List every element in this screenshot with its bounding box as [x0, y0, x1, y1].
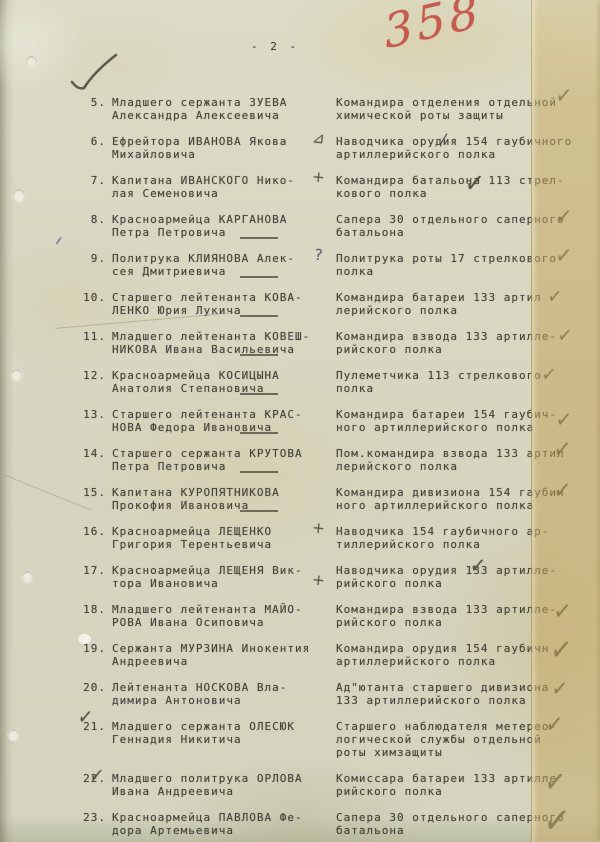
list-item: 19.Сержанта МУРЗИНА ИнокентияАндреевичаК… — [76, 642, 600, 668]
pencil-check-icon: ✓ — [540, 364, 557, 386]
punch-hole — [11, 369, 22, 381]
pencil-check-icon: ✓ — [549, 634, 575, 667]
list-item: 15.Капитана КУРОПЯТНИКОВАПрокофия Иванов… — [76, 486, 600, 512]
entry-name-line: Григория Терентьевича — [112, 538, 336, 551]
paper-defect — [78, 634, 91, 644]
entry-number: 23. — [76, 811, 106, 824]
entry-name-line: лая Семеновича — [112, 187, 336, 200]
entry-name-line: Капитана КУРОПЯТНИКОВА — [112, 486, 336, 499]
list-item: 9.Политрука КЛИЯНОВА Алек-сея Дмитриевич… — [76, 252, 600, 278]
entry-number: 10. — [76, 291, 106, 304]
entry-name: Красноармейца КАРГАНОВАПетра Петровича — [112, 213, 336, 239]
entry-position-line: Наводчика орудия 154 гаубичного — [336, 135, 600, 148]
entry-number: 15. — [76, 486, 106, 499]
entry-position: Пулеметчика 113 стрелковогополка — [336, 369, 600, 395]
entry-position-line: рийского полка — [336, 577, 600, 590]
pencil-check-icon: ✓ — [556, 325, 573, 347]
entry-position-line: роты химзащиты — [336, 746, 600, 759]
entry-name-line: Александра Алексеевича — [112, 109, 336, 122]
entry-name-line: Политрука КЛИЯНОВА Алек- — [112, 252, 336, 265]
entry-name: Красноармейца ПАВЛОВА Фе-дора Артемьевич… — [112, 811, 336, 837]
entry-name-line: Сержанта МУРЗИНА Инокентия — [112, 642, 336, 655]
punch-hole — [8, 729, 19, 741]
pencil-check-icon: ✓ — [76, 707, 94, 730]
list-item: 17.Красноармейца ЛЕЩЕНЯ Вик-тора Иванови… — [76, 564, 600, 590]
pencil-check-icon: ✓ — [554, 206, 573, 231]
entry-number: 6. — [76, 135, 106, 148]
entry-number: 16. — [76, 525, 106, 538]
list-item: 13.Старшего лейтенанта КРАС-НОВА Федора … — [76, 408, 600, 434]
pencil-check-icon: ✓ — [543, 766, 569, 799]
entry-name: Старшего сержанта КРУТОВАПетра Петровича — [112, 447, 336, 473]
entry-name-line: Красноармейца ЛЕЩЕНКО — [112, 525, 336, 538]
entry-name: Младшего лейтенанта МАЙО-РОВА Ивана Осип… — [112, 603, 336, 629]
entry-position-line: артиллерийского полка — [336, 148, 600, 161]
entry-name-line: Младшего политрука ОРЛОВА — [112, 772, 336, 785]
pencil-check-icon: ✓ — [468, 555, 487, 580]
entry-name: Младшего сержанта ОЛЕСЮКГеннадия Никитич… — [112, 720, 336, 746]
pencil-check-icon: ✓ — [550, 678, 569, 703]
entry-position-line: тиллерийского полка — [336, 538, 600, 551]
punch-hole — [22, 571, 33, 583]
entry-name-line: Младшего лейтенанта КОВЕШ- — [112, 330, 336, 343]
pencil-underline — [240, 432, 278, 434]
entry-number: 8. — [76, 213, 106, 226]
pencil-underline — [240, 237, 278, 239]
pencil-check-icon: ✓ — [89, 765, 106, 787]
entries-list: 5.Младшего сержанта ЗУЕВААлександра Алек… — [0, 0, 600, 842]
entry-position-line: Наводчика 154 гаубичного ар- — [336, 525, 600, 538]
entry-number: 20. — [76, 681, 106, 694]
entry-name-line: тора Ивановича — [112, 577, 336, 590]
entry-name-line: Капитана ИВАНСКОГО Нико- — [112, 174, 336, 187]
pencil-underline — [240, 354, 278, 356]
punch-hole — [13, 189, 25, 202]
entry-position-line: Пулеметчика 113 стрелкового — [336, 369, 600, 382]
entry-number: 13. — [76, 408, 106, 421]
pencil-underline — [240, 471, 278, 473]
entry-number: 9. — [76, 252, 106, 265]
entry-name-line: димира Антоновича — [112, 694, 336, 707]
entry-position: Наводчика орудия 154 гаубичногоартиллери… — [336, 135, 600, 161]
entry-number: 12. — [76, 369, 106, 382]
list-item: 10.Старшего лейтенанта КОВА-ЛЕНКО Юрия Л… — [76, 291, 600, 317]
entry-name-line: сея Дмитриевича — [112, 265, 336, 278]
entry-name: Сержанта МУРЗИНА ИнокентияАндреевича — [112, 642, 336, 668]
entry-name-line: Андреевича — [112, 655, 336, 668]
entry-name-line: Красноармейца КАРГАНОВА — [112, 213, 336, 226]
entry-name-line: Красноармейца ПАВЛОВА Фе- — [112, 811, 336, 824]
entry-number: 17. — [76, 564, 106, 577]
pencil-check-icon: ✓ — [546, 286, 563, 308]
entry-name: Младшего сержанта ЗУЕВААлександра Алексе… — [112, 96, 336, 122]
entry-name-line: Старшего лейтенанта КОВА- — [112, 291, 336, 304]
entry-name: Ефрейтора ИВАНОВА ЯковаМихайловича — [112, 135, 336, 161]
pencil-check-icon: ✓ — [463, 170, 487, 200]
entry-name-line: Ефрейтора ИВАНОВА Якова — [112, 135, 336, 148]
pencil-check-icon: ✓ — [554, 409, 573, 434]
entry-number: 14. — [76, 447, 106, 460]
list-item: 7.Капитана ИВАНСКОГО Нико-лая Семеновича… — [76, 174, 600, 200]
entry-name-line: НИКОВА Ивана Васильевича — [112, 343, 336, 356]
entry-number: 7. — [76, 174, 106, 187]
entry-name-line: НОВА Федора Ивановича — [112, 421, 336, 434]
entry-number: 19. — [76, 642, 106, 655]
entry-name-line: дора Артемьевича — [112, 824, 336, 837]
entry-number: 11. — [76, 330, 106, 343]
list-item: 16.Красноармейца ЛЕЩЕНКОГригория Теренть… — [76, 525, 600, 551]
entry-name-line: Красноармейца ЛЕЩЕНЯ Вик- — [112, 564, 336, 577]
list-item: 20.Лейтенанта НОСКОВА Вла-димира Антонов… — [76, 681, 600, 707]
entry-name-line: ЛЕНКО Юрия Лукича — [112, 304, 336, 317]
pencil-underline — [240, 315, 278, 317]
entry-name-line: Старшего сержанта КРУТОВА — [112, 447, 336, 460]
entry-name: Младшего политрука ОРЛОВАИвана Андреевич… — [112, 772, 336, 798]
list-item: 14.Старшего сержанта КРУТОВАПетра Петров… — [76, 447, 600, 473]
list-item: ✓22.Младшего политрука ОРЛОВАИвана Андре… — [76, 772, 600, 798]
entry-name-line: Ивана Андреевича — [112, 785, 336, 798]
list-item: 5.Младшего сержанта ЗУЕВААлександра Алек… — [76, 96, 600, 122]
entry-position: Наводчика 154 гаубичного ар-тиллерийског… — [336, 525, 600, 551]
list-item: 11.Младшего лейтенанта КОВЕШ-НИКОВА Иван… — [76, 330, 600, 356]
entry-name-line: Лейтенанта НОСКОВА Вла- — [112, 681, 336, 694]
list-item: 6.Ефрейтора ИВАНОВА ЯковаМихайловичаНаво… — [76, 135, 600, 161]
punch-hole — [26, 56, 37, 67]
entry-name: Старшего лейтенанта КРАС-НОВА Федора Ива… — [112, 408, 336, 434]
entry-name: Капитана ИВАНСКОГО Нико-лая Семеновича — [112, 174, 336, 200]
entry-number: 18. — [76, 603, 106, 616]
list-item: 8.Красноармейца КАРГАНОВАПетра Петровича… — [76, 213, 600, 239]
entry-position-line: химической роты защиты — [336, 109, 600, 122]
list-item: ✓21.Младшего сержанта ОЛЕСЮКГеннадия Ник… — [76, 720, 600, 759]
pencil-underline — [240, 276, 278, 278]
entry-name-line: Михайловича — [112, 148, 336, 161]
entry-name-line: Петра Петровича — [112, 226, 336, 239]
entry-name: Капитана КУРОПЯТНИКОВАПрокофия Ивановича — [112, 486, 336, 512]
entry-name-line: Старшего лейтенанта КРАС- — [112, 408, 336, 421]
pencil-check-icon: ✓ — [541, 801, 573, 842]
entry-position-line: полка — [336, 382, 600, 395]
pencil-check-icon: ✓ — [554, 245, 573, 270]
pencil-underline — [240, 510, 278, 512]
entry-name-line: Младшего сержанта ЗУЕВА — [112, 96, 336, 109]
entry-name-line: Красноармейца КОСИЦЫНА — [112, 369, 336, 382]
entry-name-line: Геннадия Никитича — [112, 733, 336, 746]
entry-name-line: Младшего сержанта ОЛЕСЮК — [112, 720, 336, 733]
entry-name-line: РОВА Ивана Осиповича — [112, 616, 336, 629]
entry-name-line: Петра Петровича — [112, 460, 336, 473]
entry-name: Красноармейца КОСИЦЫНААнатолия Степанови… — [112, 369, 336, 395]
entry-name: Политрука КЛИЯНОВА Алек-сея Дмитриевича — [112, 252, 336, 278]
entry-name-line: Анатолия Степановича — [112, 382, 336, 395]
entry-name: Младшего лейтенанта КОВЕШ-НИКОВА Ивана В… — [112, 330, 336, 356]
entry-name: Красноармейца ЛЕЩЕНЯ Вик-тора Ивановича — [112, 564, 336, 590]
pencil-underline — [240, 393, 278, 395]
list-item: 18.Младшего лейтенанта МАЙО-РОВА Ивана О… — [76, 603, 600, 629]
list-item: 23.Красноармейца ПАВЛОВА Фе-дора Артемье… — [76, 811, 600, 837]
list-item: 12.Красноармейца КОСИЦЫНААнатолия Степан… — [76, 369, 600, 395]
entry-name-line: Прокофия Ивановича — [112, 499, 336, 512]
entry-name-line: Младшего лейтенанта МАЙО- — [112, 603, 336, 616]
entry-name: Красноармейца ЛЕЩЕНКОГригория Терентьеви… — [112, 525, 336, 551]
page-number: - 2 - — [251, 40, 299, 53]
document-page: 358 - 2 - 5.Младшего сержанта ЗУЕВААлекс… — [0, 0, 600, 842]
pencil-check-mark-icon — [70, 52, 122, 98]
pencil-check-icon: ✓ — [554, 85, 573, 110]
entry-name: Лейтенанта НОСКОВА Вла-димира Антоновича — [112, 681, 336, 707]
